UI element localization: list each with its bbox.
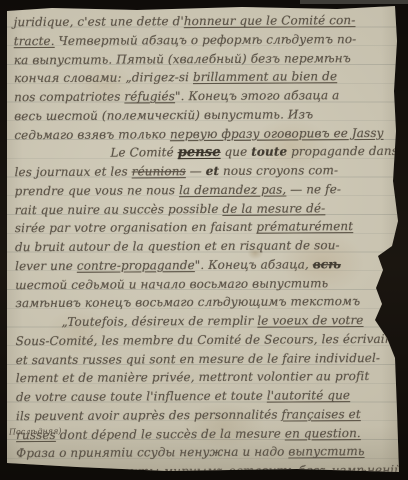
handwritten-line: седьмаго взявъ только первую фразу огово… <box>14 123 398 144</box>
margin-note: Послѣдняя) <box>9 427 62 437</box>
emphasized-text: de la mesure dé- <box>222 201 325 216</box>
handwritten-line: du bruit autour de la question et en ris… <box>15 236 399 257</box>
handwritten-line: „Toutefois, désireux de remplir le voeux… <box>15 311 399 332</box>
handwritten-text: juridique, c'est une dette d'honneur que… <box>14 11 401 480</box>
handwritten-line: russes dont dépend le succès de la mesur… <box>16 423 400 444</box>
text-segment: ils peuvent avoir auprès des personnalit… <box>16 407 282 423</box>
handwritten-line: juridique, c'est une dette d'honneur que… <box>14 11 398 32</box>
handwritten-line: sirée par votre organisation en faisant … <box>15 217 399 238</box>
text-segment: sirée par votre organisation en faisant <box>15 220 257 235</box>
handwritten-line: Комплименты мирнымъ оставить безъ измѣне… <box>16 461 400 480</box>
handwritten-line: Le Comité pense que toute propagande dan… <box>14 142 398 163</box>
text-segment: — ne fe- <box>286 182 341 196</box>
text-segment: „Toutefois, désireux de remplir <box>61 314 257 329</box>
emphasized-text: toute <box>251 145 287 159</box>
text-segment: ка выпустить. Пятый (хвалебный) безъ пер… <box>14 51 351 67</box>
handwritten-line: prendre que vous ne nous la demandez pas… <box>15 180 399 201</box>
emphasized-text: réunions <box>132 164 186 178</box>
text-segment: Четвертый абзацъ о реформѣ слѣдуетъ по- <box>55 32 357 48</box>
text-segment: Фраза о принятіи ссуды ненужна и надо <box>16 445 288 461</box>
text-segment: ". Конецъ абзаца, <box>195 257 313 272</box>
text-segment: Комплименты мирнымъ оставить безъ измѣне… <box>62 463 402 479</box>
text-segment: rait que nuire au succès possible <box>15 201 223 216</box>
handwritten-line: de votre cause toute l'influence et tout… <box>16 386 400 407</box>
scan-background: juridique, c'est une dette d'honneur que… <box>0 0 408 480</box>
text-segment: de votre cause toute l'influence et tout… <box>16 389 267 405</box>
handwritten-line: tracte. Четвертый абзацъ о реформѣ слѣду… <box>14 30 398 51</box>
text-segment: Sous-Comité, les membre du Comité de Sec… <box>16 332 399 348</box>
emphasized-text: всѣ <box>313 257 341 271</box>
handwritten-line: замѣнивъ конецъ восьмаго слѣдующимъ текс… <box>15 292 399 313</box>
text-segment: — <box>186 164 206 178</box>
handwritten-line: Sous-Comité, les membre du Comité de Sec… <box>16 330 400 351</box>
text-segment: propagande dans <box>287 144 398 159</box>
handwritten-line: lement et de manière privée, mettront vo… <box>16 367 400 388</box>
manuscript-page: juridique, c'est une dette d'honneur que… <box>7 6 401 472</box>
text-segment: prendre que vous ne nous <box>15 183 180 198</box>
handwritten-line: lever une contre-propagande". Конецъ абз… <box>15 255 399 276</box>
text-segment: lement et de manière privée, mettront vo… <box>16 369 370 385</box>
emphasized-text: le voeux de votre <box>257 313 363 328</box>
handwritten-line: шестой седьмой и начало восьмаго выпусти… <box>15 273 399 294</box>
handwritten-line: ка выпустить. Пятый (хвалебный) безъ пер… <box>14 48 398 69</box>
emphasized-text: contre-propagande <box>77 258 195 273</box>
emphasized-text: pense <box>178 145 221 160</box>
text-segment: du bruit autour de la question et en ris… <box>15 238 340 254</box>
handwritten-line: весь шестой (полемическій) выпустить. Из… <box>14 105 398 126</box>
emphasized-text: prématurément <box>256 219 353 234</box>
handwritten-line: nos compatriotes réfugiés". Конецъ этого… <box>14 86 398 107</box>
text-segment: кончая словами: „dirigez-si <box>14 70 193 85</box>
text-segment: lever une <box>15 259 77 273</box>
emphasized-text: françaises et <box>281 407 360 421</box>
handwritten-line: кончая словами: „dirigez-si brillamment … <box>14 67 398 88</box>
handwritten-line: et savants russes qui sont en mesure de … <box>16 348 400 369</box>
handwritten-line: ils peuvent avoir auprès des personnalit… <box>16 405 400 426</box>
text-segment: весь шестой (полемическій) выпустить. Из… <box>14 107 313 123</box>
text-segment: шестой седьмой и начало восьмаго выпусти… <box>15 276 328 292</box>
text-segment: les journaux et les <box>15 164 132 179</box>
text-segment: Le Comité <box>110 145 177 159</box>
text-segment: que <box>221 145 252 159</box>
emphasized-text: la demandez pas, <box>179 182 286 197</box>
text-segment: седьмаго взявъ только <box>14 127 170 142</box>
text-segment: замѣнивъ конецъ восьмаго слѣдующимъ текс… <box>15 294 360 310</box>
emphasized-text: первую фразу оговоривъ ее Jassy <box>170 125 384 140</box>
handwritten-line: rait que nuire au succès possible de la … <box>15 198 399 219</box>
scanner-edge-sliver <box>300 0 408 4</box>
text-segment: et savants russes qui sont en mesure de … <box>16 350 380 366</box>
text-segment: ". Конецъ этого абзаца а <box>175 88 339 103</box>
emphasized-text: выпустить <box>288 444 364 458</box>
text-segment: dont dépend le succès de la mesure <box>56 426 285 441</box>
emphasized-text: l'autorité que <box>267 388 350 403</box>
text-segment: nous croyons com- <box>219 163 338 178</box>
emphasized-text: et <box>206 164 219 178</box>
emphasized-text: honneur que le Comité con- <box>184 13 356 28</box>
text-segment: nos compatriotes <box>14 90 124 105</box>
handwritten-line: les journaux et les réunions — et nous c… <box>14 161 398 182</box>
emphasized-text: tracte. <box>14 34 55 48</box>
emphasized-text: réfugiés <box>124 89 175 103</box>
text-segment: juridique, c'est une dette d' <box>14 14 184 29</box>
emphasized-text: en question. <box>285 426 361 440</box>
handwritten-line: Фраза о принятіи ссуды ненужна и надо вы… <box>16 442 400 463</box>
emphasized-text: brillamment au bien de <box>193 69 337 84</box>
